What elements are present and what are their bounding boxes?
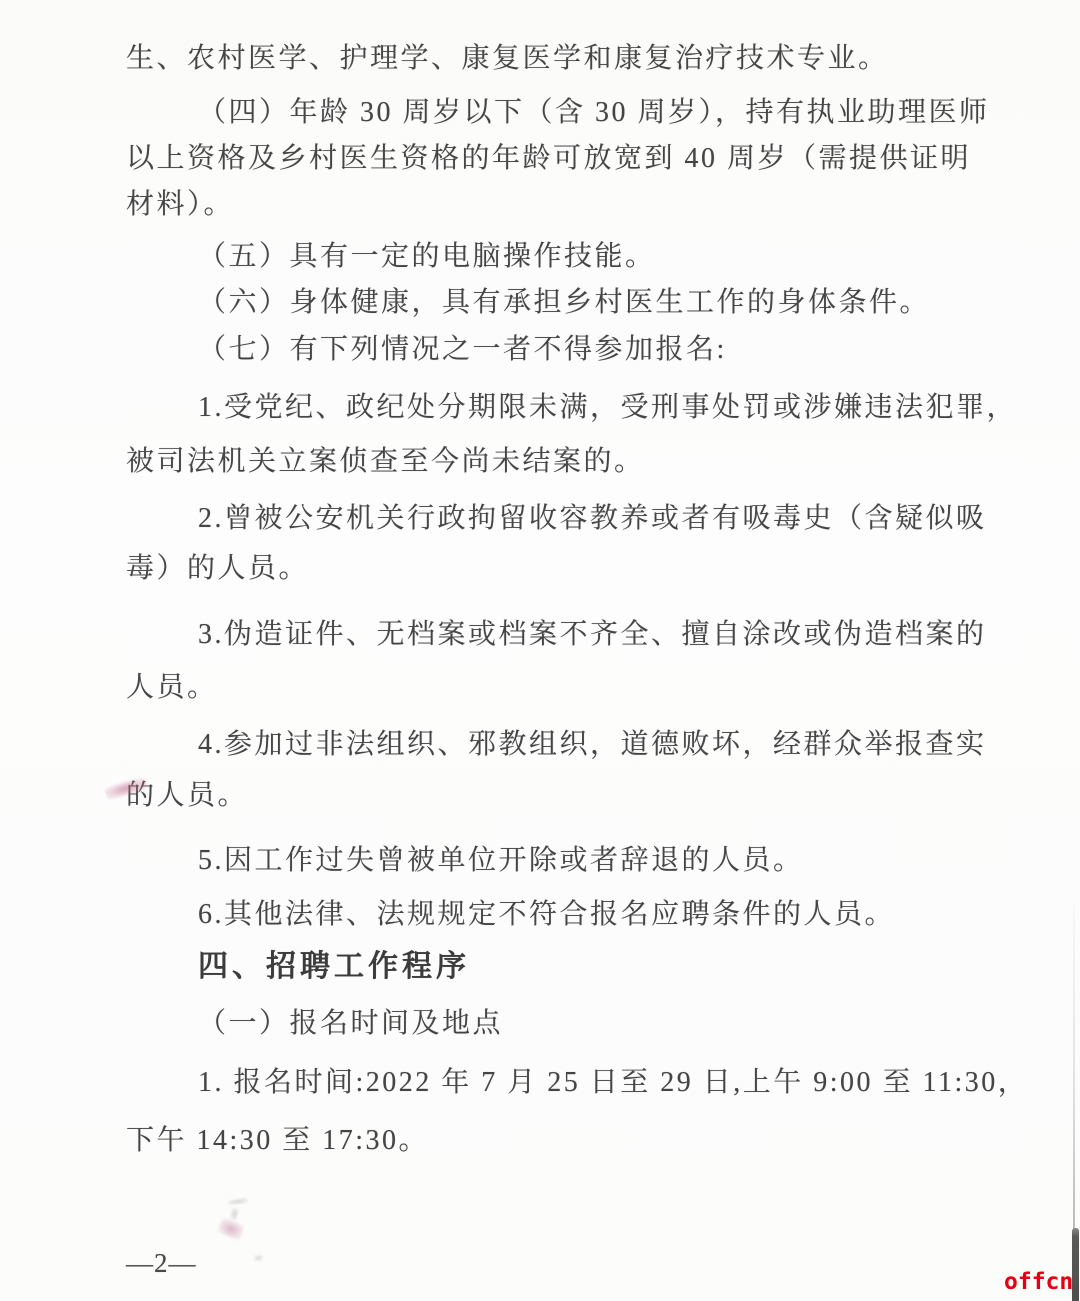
doc-line: （一）报名时间及地点 [126, 1007, 1048, 1041]
doc-line: （七）有下列情况之一者不得参加报名: [126, 333, 1048, 367]
doc-line: 被司法机关立案侦查至今尚未结案的。 [126, 445, 976, 479]
doc-line: 1.受党纪、政纪处分期限未满，受刑事处罚或涉嫌违法犯罪， [126, 391, 1048, 425]
scanned-document-page: 生、农村医学、护理学、康复医学和康复治疗技术专业。 （四）年龄 30 周岁以下（… [0, 0, 1080, 1301]
scan-edge-line [1073, 905, 1075, 1231]
doc-line: 2.曾被公安机关行政拘留收容教养或者有吸毒史（含疑似吸 [126, 502, 1048, 536]
doc-line: 1. 报名时间:2022 年 7 月 25 日至 29 日,上午 9:00 至 … [126, 1066, 1048, 1100]
doc-line: 以上资格及乡村医生资格的年龄可放宽到 40 周岁（需提供证明 [126, 142, 976, 176]
offcn-brand-watermark: offcn [1004, 1269, 1073, 1295]
doc-line: 4.参加过非法组织、邪教组织，道德败坏，经群众举报查实 [126, 728, 1048, 762]
doc-line: （五）具有一定的电脑操作技能。 [126, 240, 1048, 274]
doc-line: 材料）。 [126, 188, 976, 222]
doc-line: 下午 14:30 至 17:30。 [126, 1124, 976, 1158]
doc-line: （六）身体健康，具有承担乡村医生工作的身体条件。 [126, 286, 1048, 320]
doc-line: 的人员。 [126, 779, 976, 813]
document-text-column: 生、农村医学、护理学、康复医学和康复治疗技术专业。 （四）年龄 30 周岁以下（… [126, 0, 976, 1301]
doc-line: 人员。 [126, 671, 976, 705]
doc-line: 5.因工作过失曾被单位开除或者辞退的人员。 [126, 844, 1048, 878]
section-heading: 四、招聘工作程序 [126, 950, 1048, 984]
page-number: —2— [126, 1248, 197, 1279]
doc-line: （四）年龄 30 周岁以下（含 30 周岁），持有执业助理医师 [126, 96, 1048, 130]
scan-edge-bar [1072, 1228, 1079, 1301]
doc-line: 6.其他法律、法规规定不符合报名应聘条件的人员。 [126, 898, 1048, 932]
doc-line: 毒）的人员。 [126, 552, 976, 586]
doc-line: 生、农村医学、护理学、康复医学和康复治疗技术专业。 [126, 42, 976, 76]
doc-line: 3.伪造证件、无档案或档案不齐全、擅自涂改或伪造档案的 [126, 618, 1048, 652]
